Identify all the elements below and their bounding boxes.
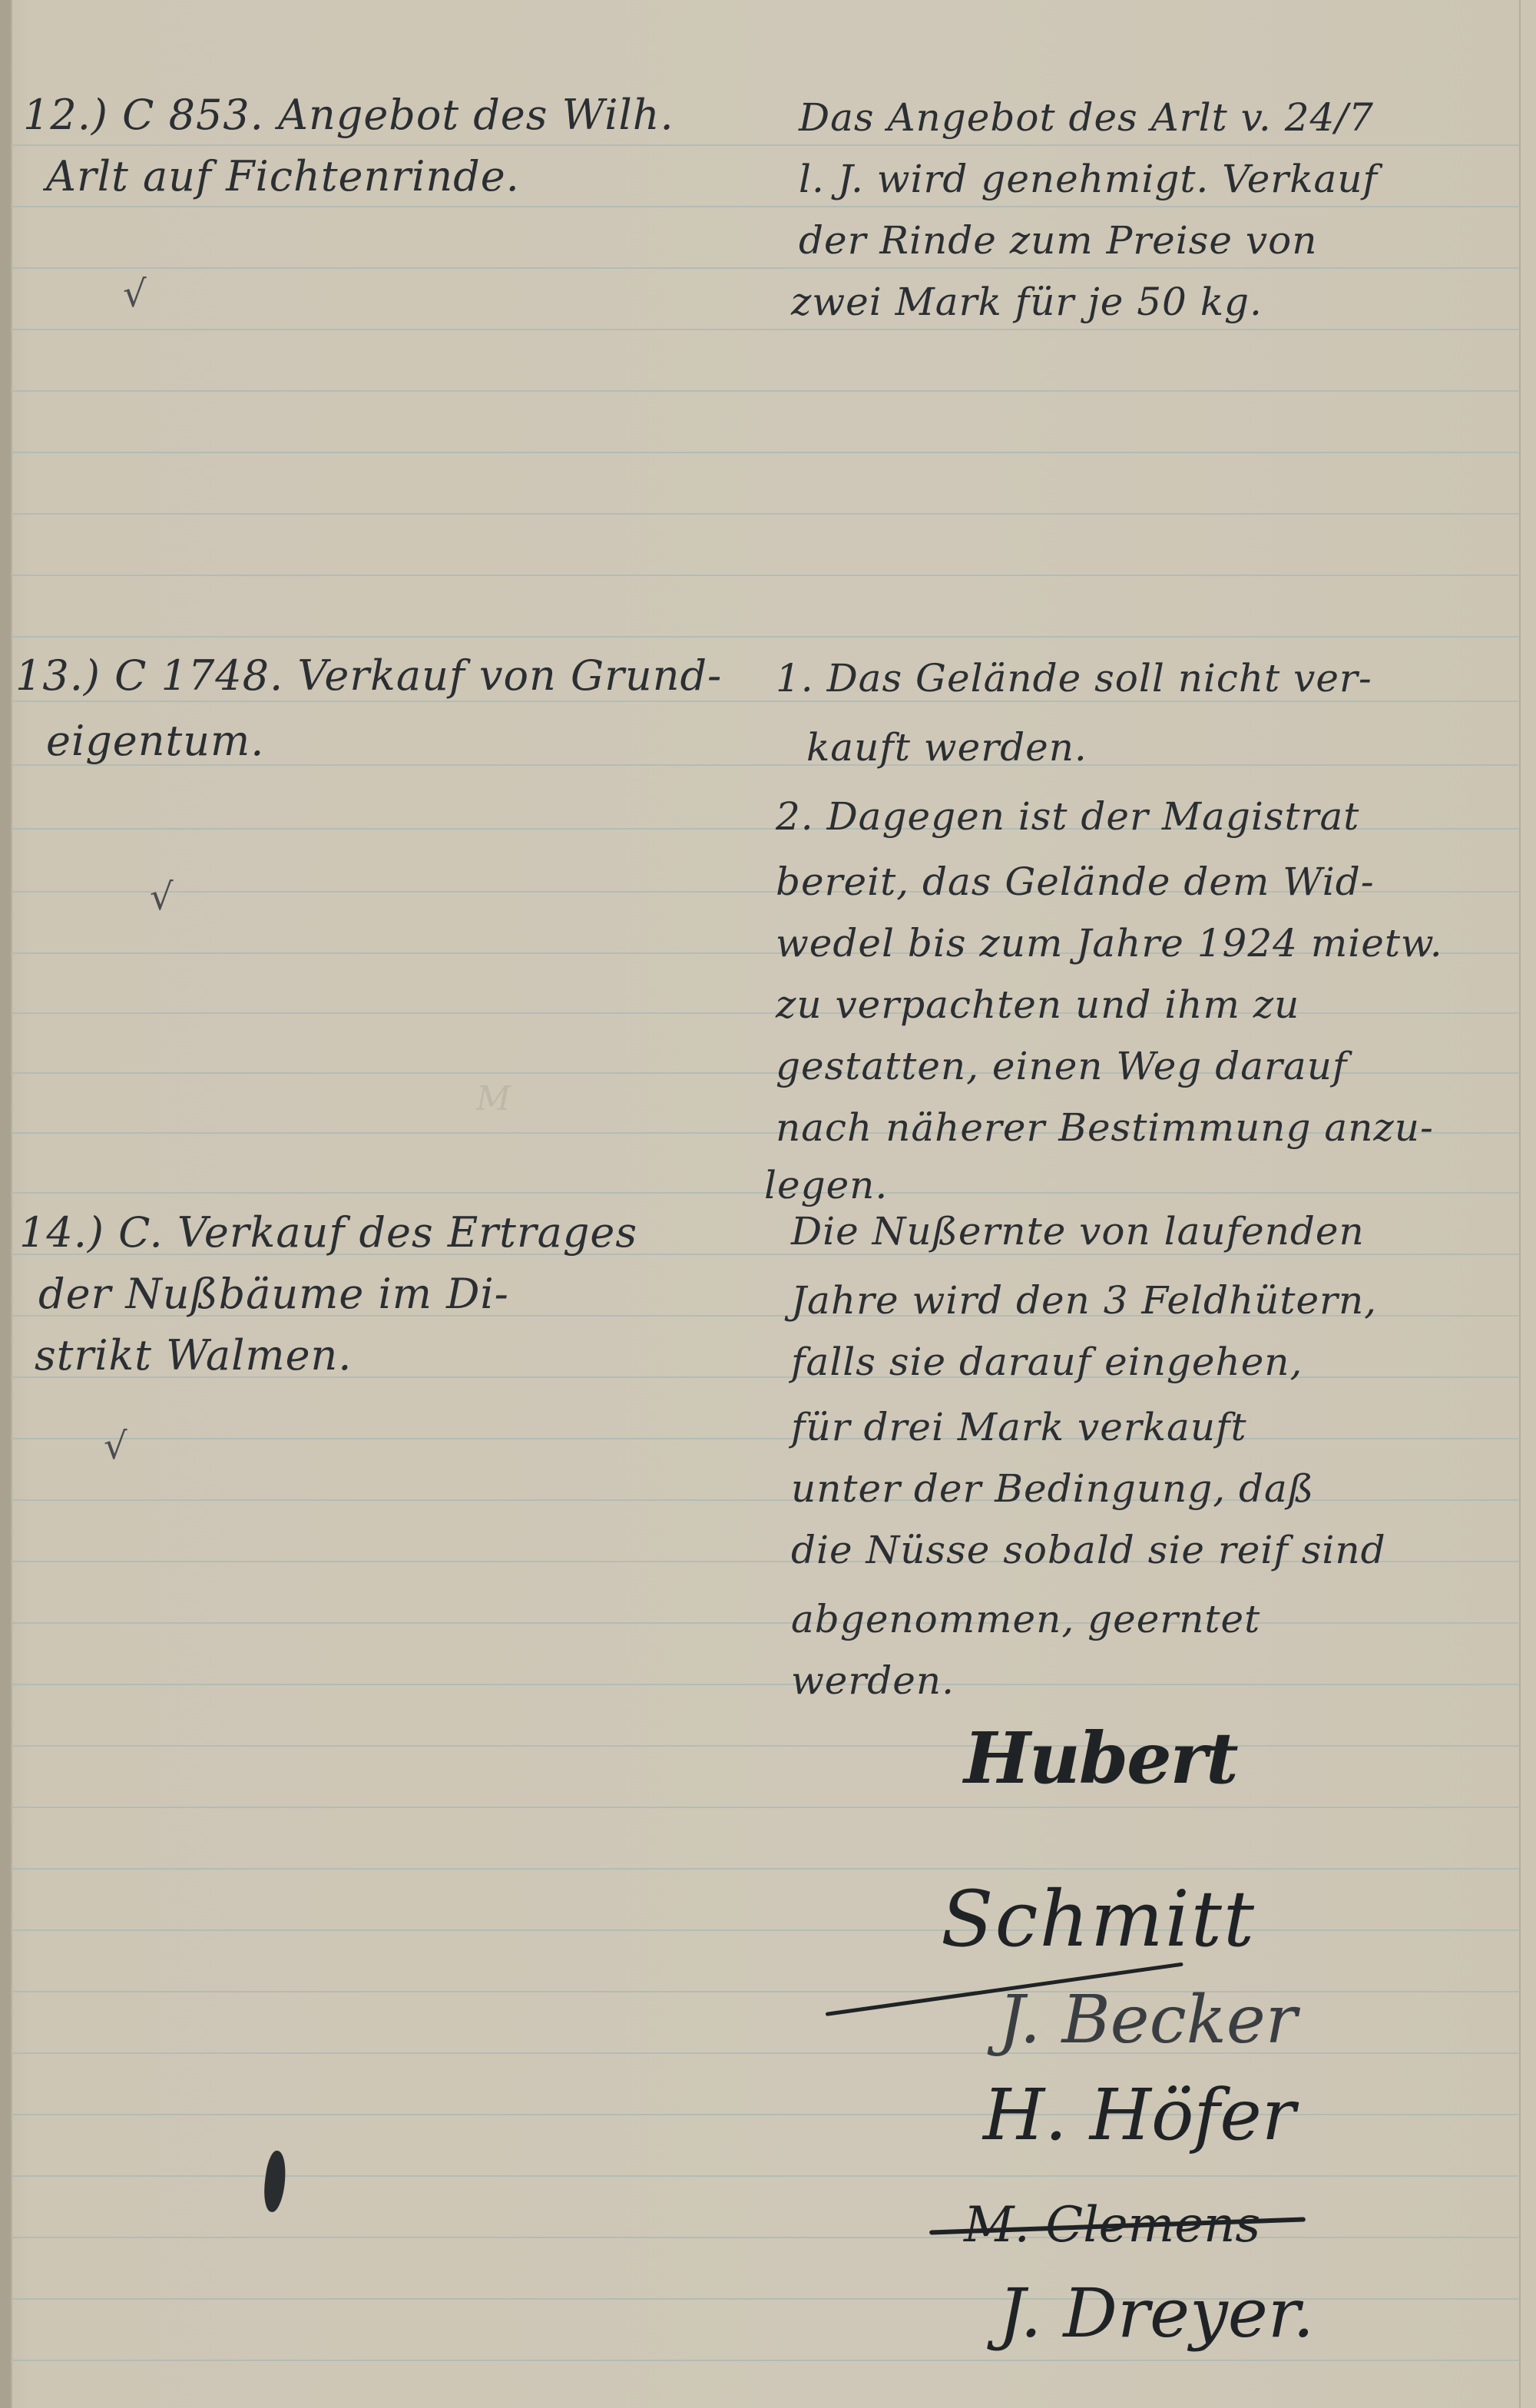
ruled-line (11, 1684, 1521, 1685)
resolution-line: zu verpachten und ihm zu (776, 983, 1299, 1026)
resolution-line: werden. (791, 1659, 955, 1702)
ruled-line (11, 329, 1521, 330)
agenda-title-line: 14.) C. Verkauf des Ertrages (19, 1210, 637, 1256)
resolution-line: Jahre wird den 3 Feldhütern, (791, 1279, 1377, 1322)
resolution-line: 1. Das Gelände soll nicht ver- (776, 657, 1372, 700)
signature: Hubert (964, 1717, 1237, 1800)
resolution-line: kauft werden. (806, 726, 1087, 769)
ruled-line (11, 1868, 1521, 1870)
signature: J. Becker (998, 1982, 1297, 2059)
check-mark-icon: √ (123, 273, 147, 316)
document-page: M 12.) C 853. Angebot des Wilh. Arlt auf… (0, 0, 1536, 2408)
resolution-line: für drei Mark verkauft (791, 1406, 1247, 1449)
resolution-line: Das Angebot des Arlt v. 24/7 (799, 96, 1374, 139)
agenda-title-line: eigentum. (46, 718, 264, 764)
ruled-line (11, 390, 1521, 392)
resolution-line: l. J. wird genehmigt. Verkauf (799, 157, 1378, 200)
agenda-title-line: der Nußbäume im Di- (38, 1271, 509, 1317)
signature: H. Höfer (983, 2074, 1296, 2156)
ruled-line (11, 575, 1521, 576)
ruled-line (11, 2360, 1521, 2361)
check-mark-icon: √ (150, 876, 174, 919)
ruled-line (11, 1438, 1521, 1439)
agenda-title-line: 12.) C 853. Angebot des Wilh. (23, 92, 674, 138)
ruled-line (11, 267, 1521, 269)
resolution-line: unter der Bedingung, daß (791, 1467, 1314, 1510)
resolution-line: 2. Dagegen ist der Magistrat (776, 795, 1359, 838)
signature: J. Dreyer. (998, 2274, 1314, 2353)
ruled-line (11, 2175, 1521, 2177)
signature: Schmitt (941, 1874, 1256, 1964)
resolution-line: nach näherer Bestimmung anzu- (776, 1106, 1434, 1149)
resolution-line: die Nüsse sobald sie reif sind (791, 1529, 1386, 1572)
ruled-line (11, 1622, 1521, 1624)
ruled-line (11, 636, 1521, 638)
ink-blot (261, 2150, 290, 2214)
ruled-line (11, 1745, 1521, 1747)
resolution-line: wedel bis zum Jahre 1924 mietw. (776, 922, 1443, 965)
resolution-line: abgenommen, geerntet (791, 1598, 1260, 1641)
agenda-title-line: Arlt auf Fichtenrinde. (46, 154, 520, 200)
resolution-line: zwei Mark für je 50 kg. (791, 280, 1263, 323)
ruled-line (11, 1929, 1521, 1931)
resolution-line: falls sie darauf eingehen, (791, 1340, 1303, 1383)
resolution-line: gestatten, einen Weg darauf (776, 1045, 1347, 1088)
bleed-through-mark: M (476, 1079, 511, 1118)
check-mark-icon: √ (104, 1425, 127, 1468)
page-binding-edge (0, 0, 12, 2408)
resolution-line: legen. (764, 1164, 888, 1207)
resolution-line: bereit, das Gelände dem Wid- (776, 860, 1375, 903)
page-right-edge (1519, 0, 1521, 2408)
ruled-line (11, 513, 1521, 515)
resolution-line: der Rinde zum Preise von (799, 219, 1317, 262)
ruled-line (11, 701, 1521, 702)
ruled-line (11, 1807, 1521, 1808)
resolution-line: Die Nußernte von laufenden (791, 1210, 1365, 1253)
ruled-line (11, 452, 1521, 453)
ruled-line (11, 2237, 1521, 2238)
agenda-title-line: 13.) C 1748. Verkauf von Grund- (15, 653, 722, 699)
agenda-title-line: strikt Walmen. (35, 1333, 352, 1379)
ruled-line (11, 206, 1521, 207)
ruled-line (11, 144, 1521, 146)
